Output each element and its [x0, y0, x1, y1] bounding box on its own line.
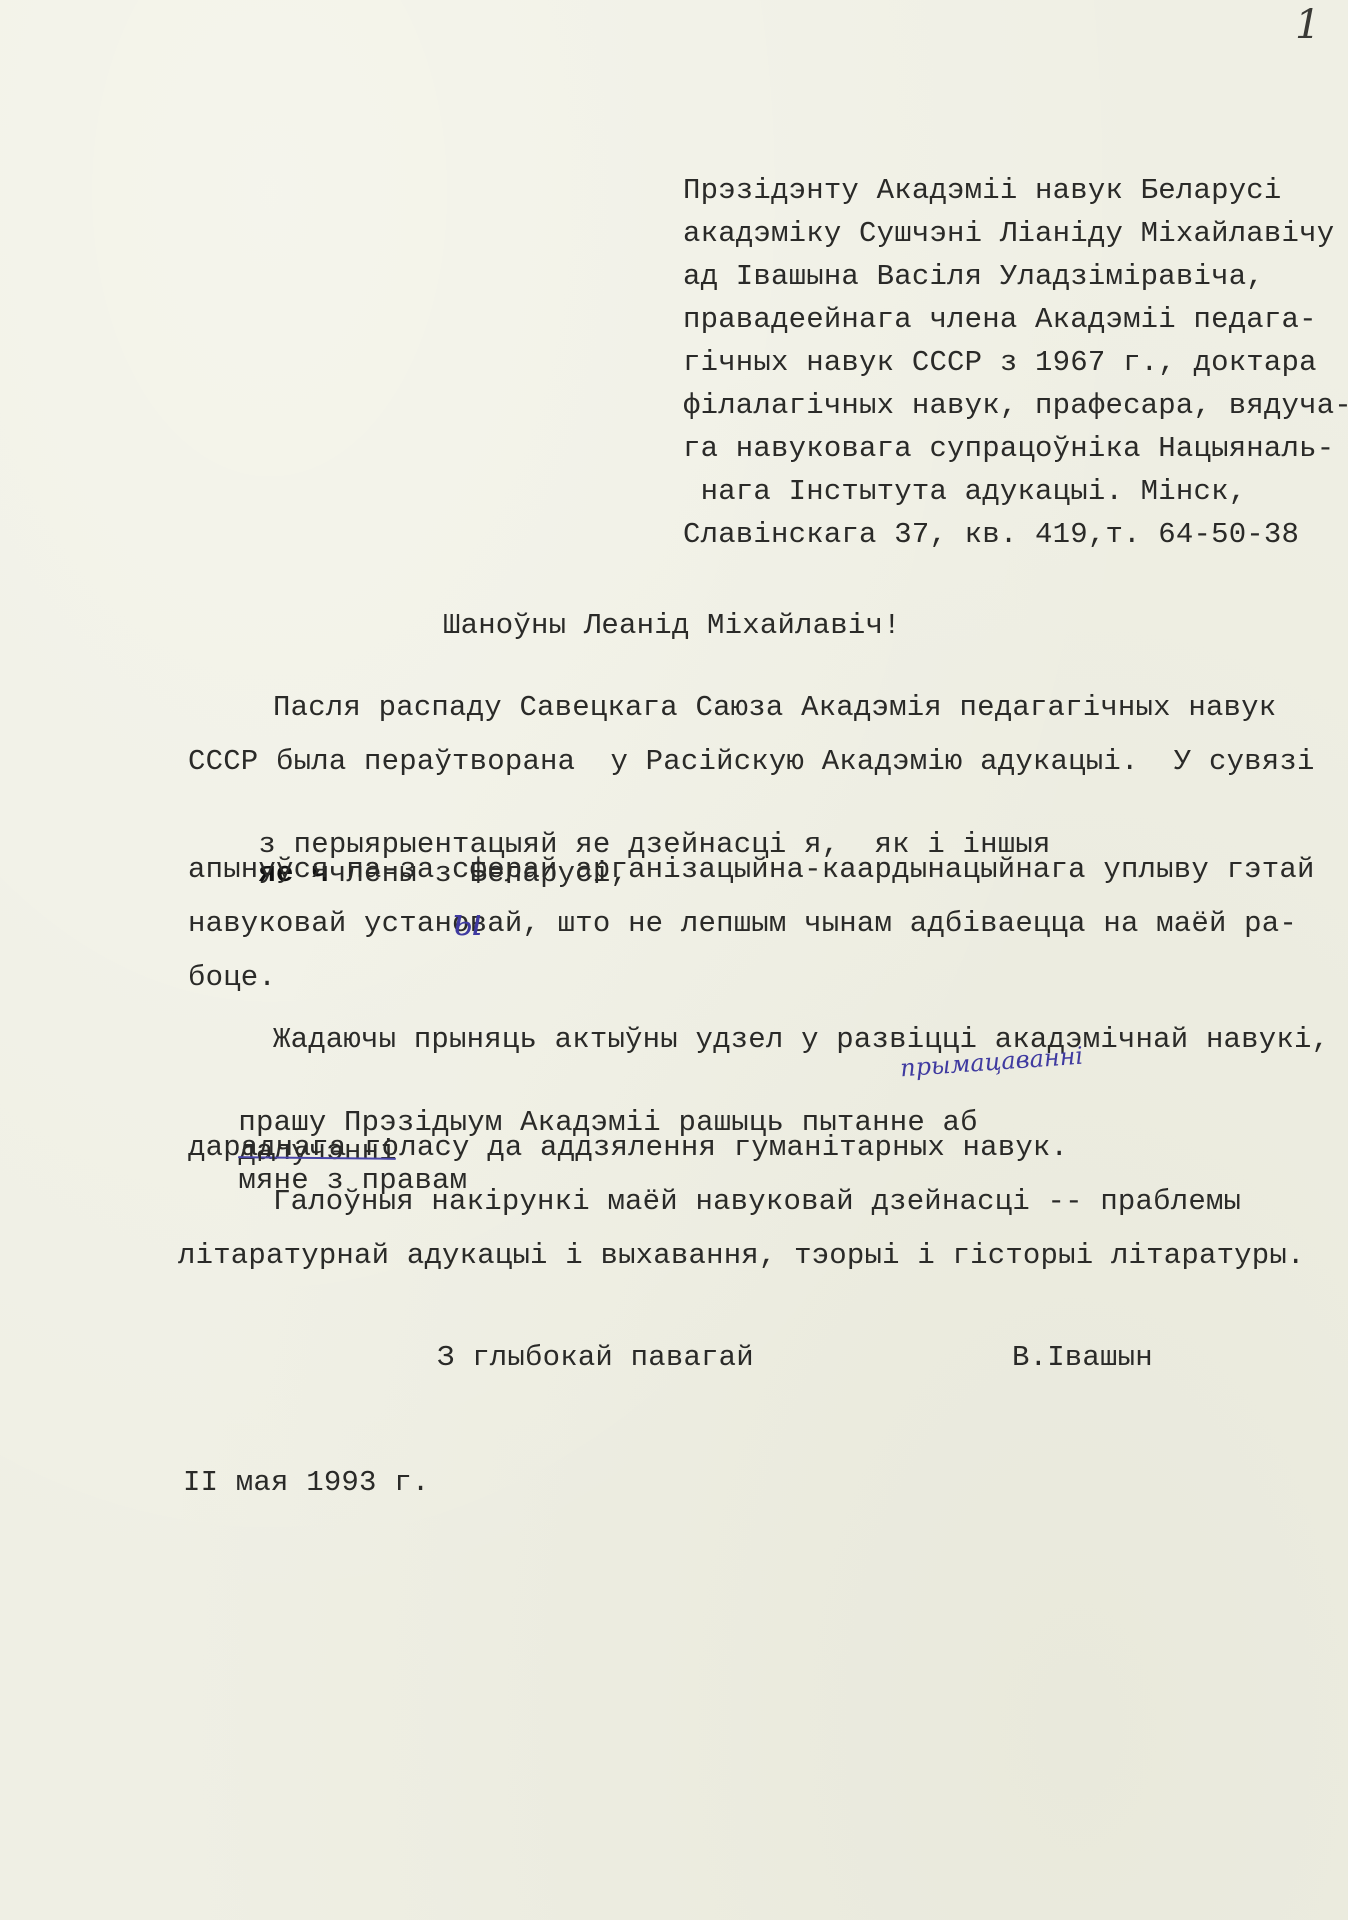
addressee-line: ад Івашына Васіля Уладзіміравіча, — [683, 262, 1264, 291]
body-line: Жадаючы прыняць актыўны удзел у развіцці… — [273, 1025, 1329, 1054]
body-line: боце. — [188, 963, 276, 992]
addressee-line: філалагічных навук, прафесара, вядуча- — [683, 391, 1348, 420]
body-line: навуковай установай, што не лепшым чынам… — [188, 909, 1297, 938]
body-line: Пасля распаду Савецкага Саюза Акадэмія п… — [273, 693, 1276, 722]
addressee-line: гічных навук СССР з 1967 г., доктара — [683, 348, 1317, 377]
addressee-line: акадэміку Сушчэні Ліаніду Міхайлавічу — [683, 219, 1334, 248]
date: II мая 1993 г. — [183, 1468, 429, 1497]
body-line: СССР была пераўтворана у Расійскую Акадэ… — [188, 747, 1315, 776]
addressee-line: Прэзідэнту Акадэміі навук Беларусі — [683, 176, 1282, 205]
body-line: літаратурнай адукацыі і выхавання, тэоры… — [178, 1241, 1305, 1270]
addressee-line: нага Інстытута адукацыі. Мінск, — [683, 477, 1246, 506]
salutation: Шаноўны Леанід Міхайлавіч! — [443, 611, 901, 640]
addressee-line: Славінскага 37, кв. 419,т. 64-50-38 — [683, 520, 1299, 549]
signature: В.Івашын — [1012, 1343, 1153, 1372]
page-number: 1 — [1295, 2, 1320, 48]
addressee-line: га навуковага супрацоўніка Нацыяналь- — [683, 434, 1334, 463]
body-line: апынуўся па-за сферай арганізацыйна-каар… — [188, 855, 1315, 884]
addressee-line: правадеейнага члена Акадэміі педага- — [683, 305, 1317, 334]
body-line: Галоўныя накірункі маёй навуковай дзейна… — [273, 1187, 1241, 1216]
closing: З глыбокай павагай — [437, 1343, 754, 1372]
handwritten-correction-ending: ы — [452, 900, 483, 944]
body-line: дарадчага голасу да аддзялення гуманітар… — [188, 1133, 1068, 1162]
